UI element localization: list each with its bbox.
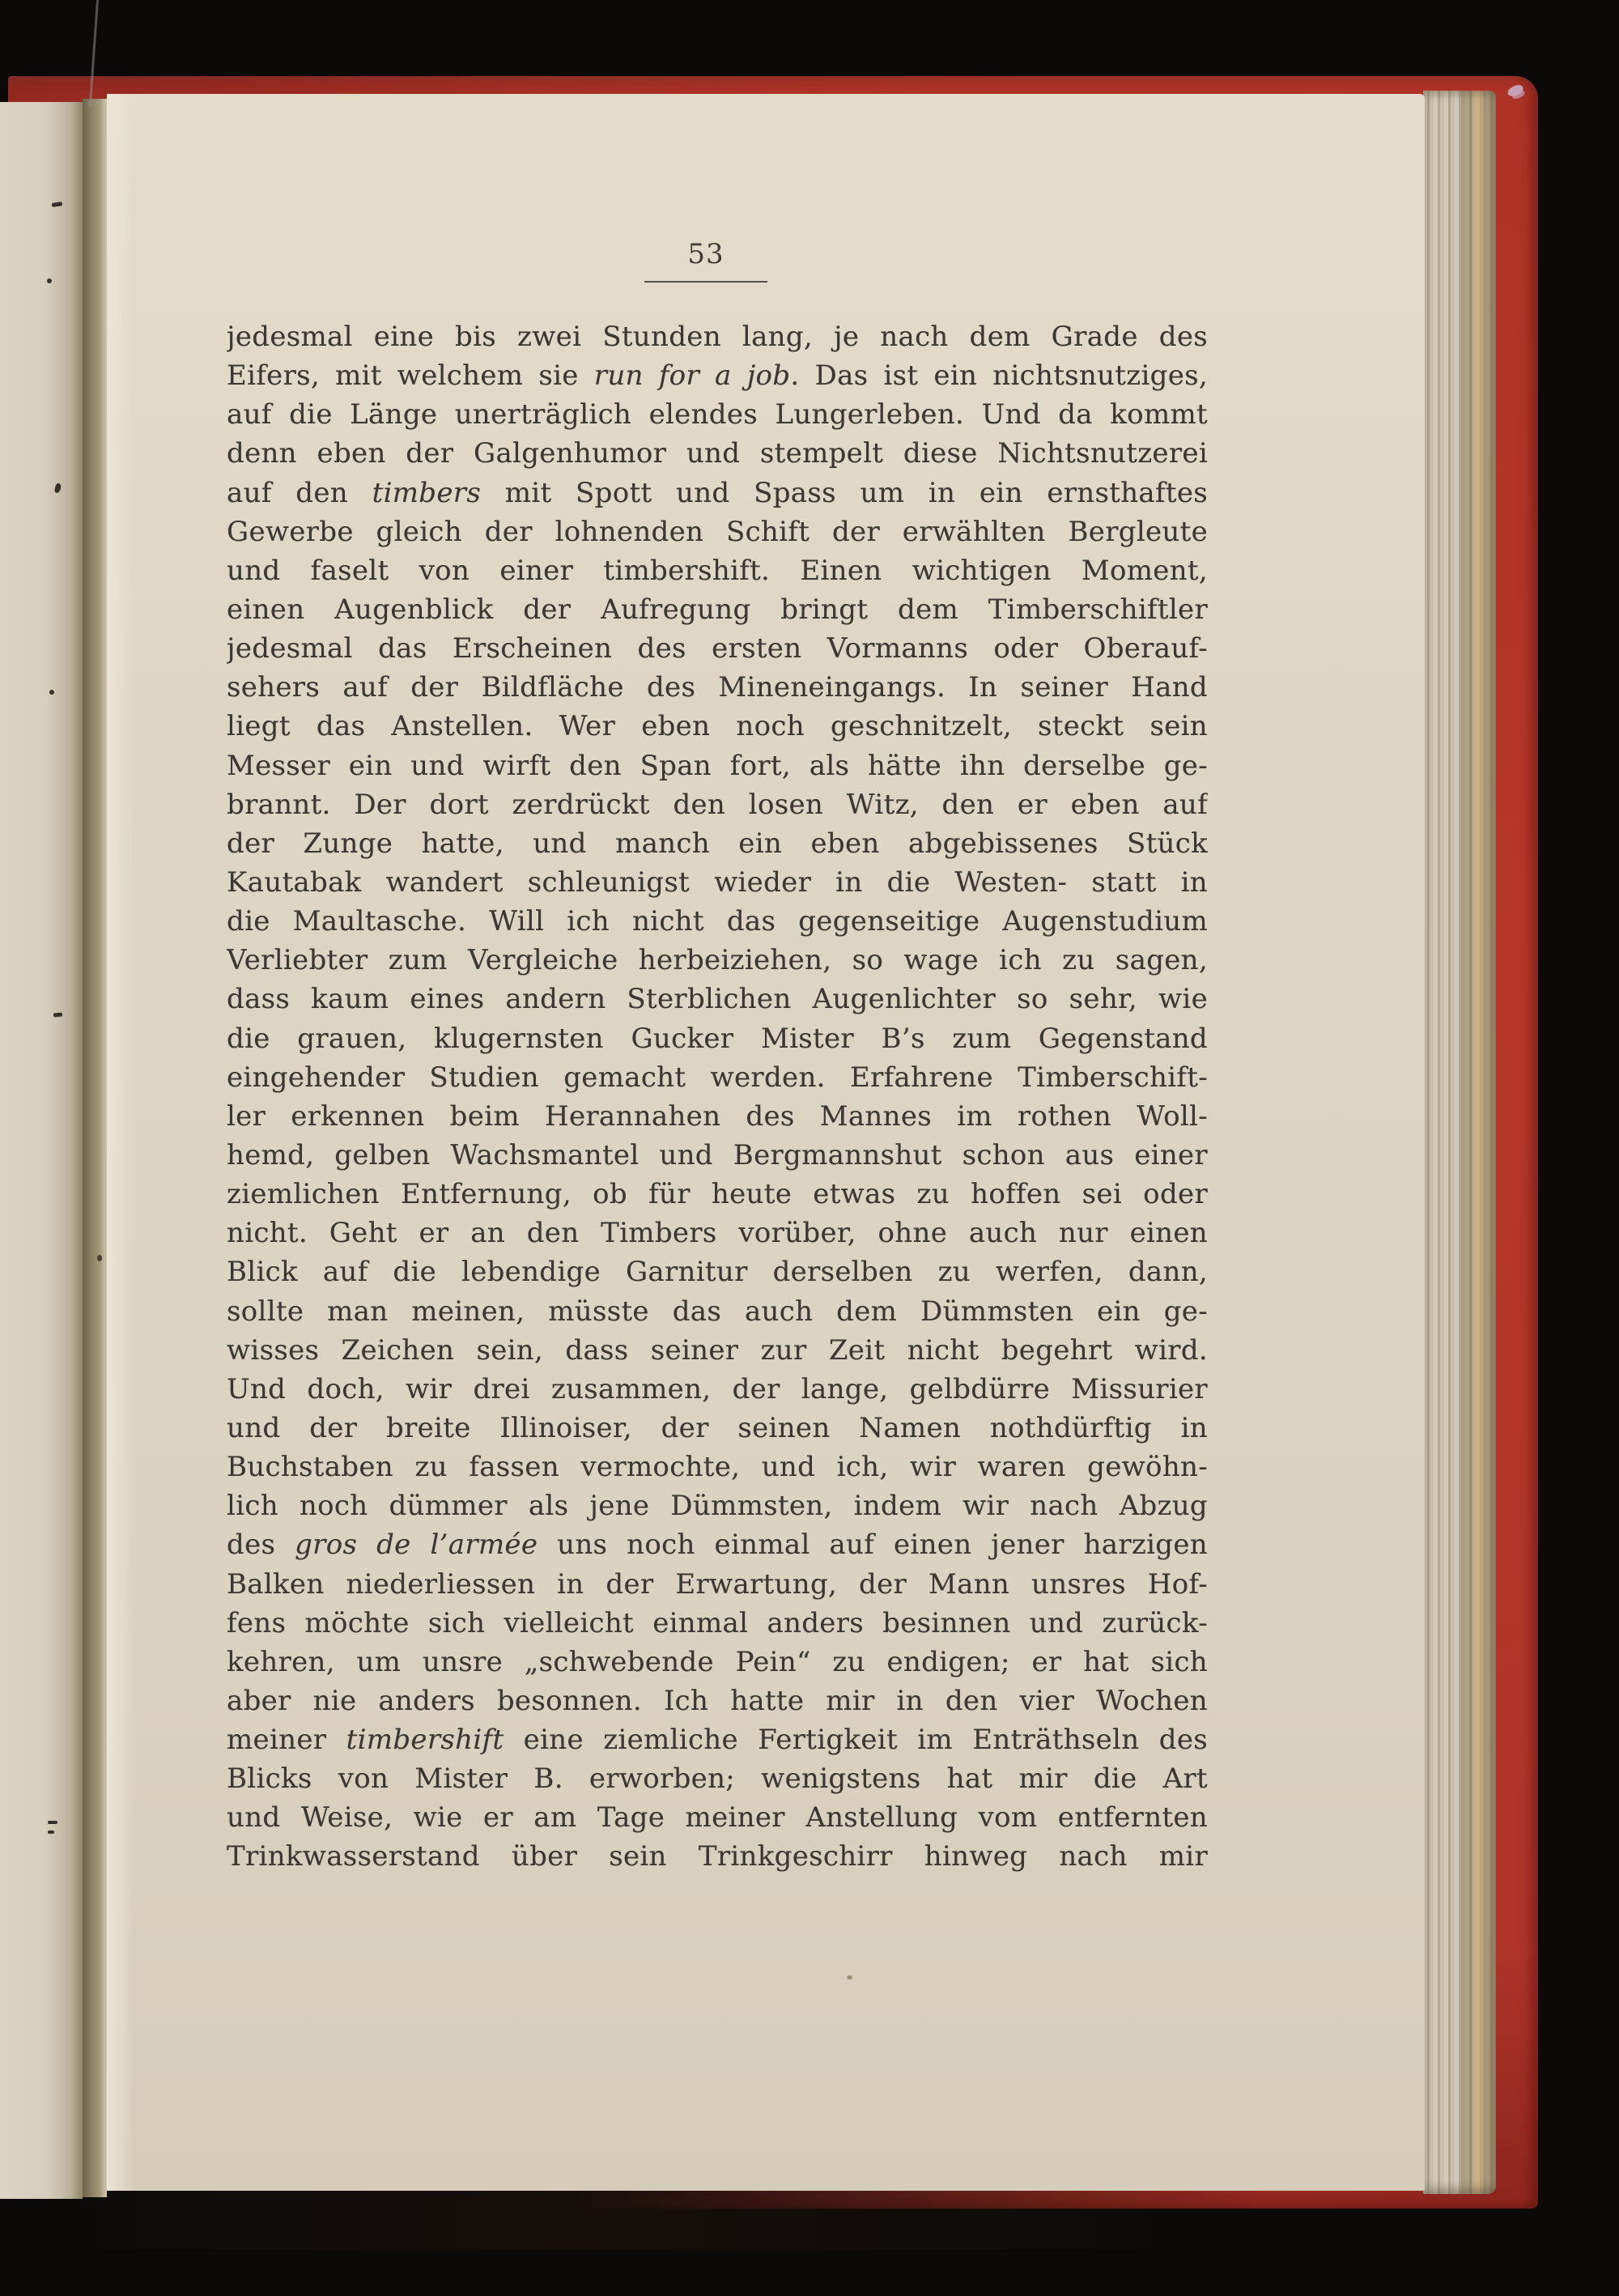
book-photo: 53 jedesmal eine bis zwei Stunden lang, … [0,0,1619,2296]
text-line: Verliebter zum Vergleiche herbeiziehen, … [227,941,1208,980]
text-line: Trinkwasserstand über sein Trinkgeschirr… [227,1837,1208,1876]
page-fore-edge [1423,91,1496,2194]
text-line: ziemlichen Entfernung, ob für heute etwa… [227,1175,1208,1214]
page-speck [49,690,54,695]
text-line: liegt das Anstellen. Wer eben noch gesch… [227,707,1208,746]
book-gutter [83,99,107,2197]
page-number-rule [644,281,767,283]
text-line: Blicks von Mister B. erworben; wenigsten… [227,1759,1208,1798]
text-line: auf den timbers mit Spott und Spass um i… [227,474,1208,512]
text-line: Messer ein und wirft den Span fort, als … [227,746,1208,785]
text-line: fens möchte sich vielleicht einmal ander… [227,1604,1208,1643]
text-line: Und doch, wir drei zusammen, der lange, … [227,1370,1208,1409]
text-line: eingehender Studien gemacht werden. Erfa… [227,1058,1208,1097]
page-number: 53 [631,238,780,270]
page-speck [48,1821,57,1824]
text-line: meiner timbershift eine ziemliche Fertig… [227,1720,1208,1759]
page-text: jedesmal eine bis zwei Stunden lang, je … [227,317,1208,1877]
text-line: die grauen, klugernsten Gucker Mister B’… [227,1019,1208,1058]
text-line: des gros de l’armée uns noch einmal auf … [227,1525,1208,1564]
text-line: und Weise, wie er am Tage meiner Anstell… [227,1798,1208,1837]
text-line: Gewerbe gleich der lohnenden Schift der … [227,512,1208,551]
page-speck [48,1830,54,1834]
text-line: jedesmal das Erscheinen des ersten Vorma… [227,629,1208,668]
text-line: die Maultasche. Will ich nicht das gegen… [227,902,1208,941]
text-line: denn eben der Galgenhumor und stempelt d… [227,434,1208,473]
text-line: und faselt von einer timbershift. Einen … [227,551,1208,590]
text-line: Buchstaben zu fassen vermochte, und ich,… [227,1448,1208,1486]
text-line: Blick auf die lebendige Garnitur derselb… [227,1252,1208,1291]
text-line: Kautabak wandert schleunigst wieder in d… [227,863,1208,902]
text-line: brannt. Der dort zerdrückt den losen Wit… [227,785,1208,824]
text-line: wisses Zeichen sein, dass seiner zur Zei… [227,1331,1208,1370]
page-speck [97,1255,102,1261]
text-line: Eifers, mit welchem sie run for a job. D… [227,356,1208,395]
text-line: aber nie anders besonnen. Ich hatte mir … [227,1682,1208,1720]
text-line: auf die Länge unerträglich elendes Lunge… [227,395,1208,434]
text-line: der Zunge hatte, und manch ein eben abge… [227,824,1208,863]
text-line: jedesmal eine bis zwei Stunden lang, je … [227,317,1208,356]
left-page-edge [0,102,83,2199]
cover-shadow [0,2184,1263,2249]
text-line: hemd, gelben Wachsmantel und Bergmannshu… [227,1136,1208,1175]
text-line: dass kaum eines andern Sterblichen Augen… [227,980,1208,1018]
text-line: sollte man meinen, müsste das auch dem D… [227,1292,1208,1331]
text-line: und der breite Illinoiser, der seinen Na… [227,1409,1208,1448]
text-line: kehren, um unsre „schwebende Pein“ zu en… [227,1643,1208,1682]
page-speck [53,1013,62,1018]
text-line: lich noch dümmer als jene Dümmsten, inde… [227,1486,1208,1525]
page-number-text: 53 [687,238,724,270]
page-speck [847,1975,852,1979]
page-speck [47,278,52,283]
text-line: Balken niederliessen in der Erwartung, d… [227,1565,1208,1604]
text-line: ler erkennen beim Herannahen des Mannes … [227,1097,1208,1136]
text-line: nicht. Geht er an den Timbers vorüber, o… [227,1214,1208,1252]
text-line: sehers auf der Bildfläche des Mineneinga… [227,668,1208,707]
text-line: einen Augenblick der Aufregung bringt de… [227,590,1208,629]
